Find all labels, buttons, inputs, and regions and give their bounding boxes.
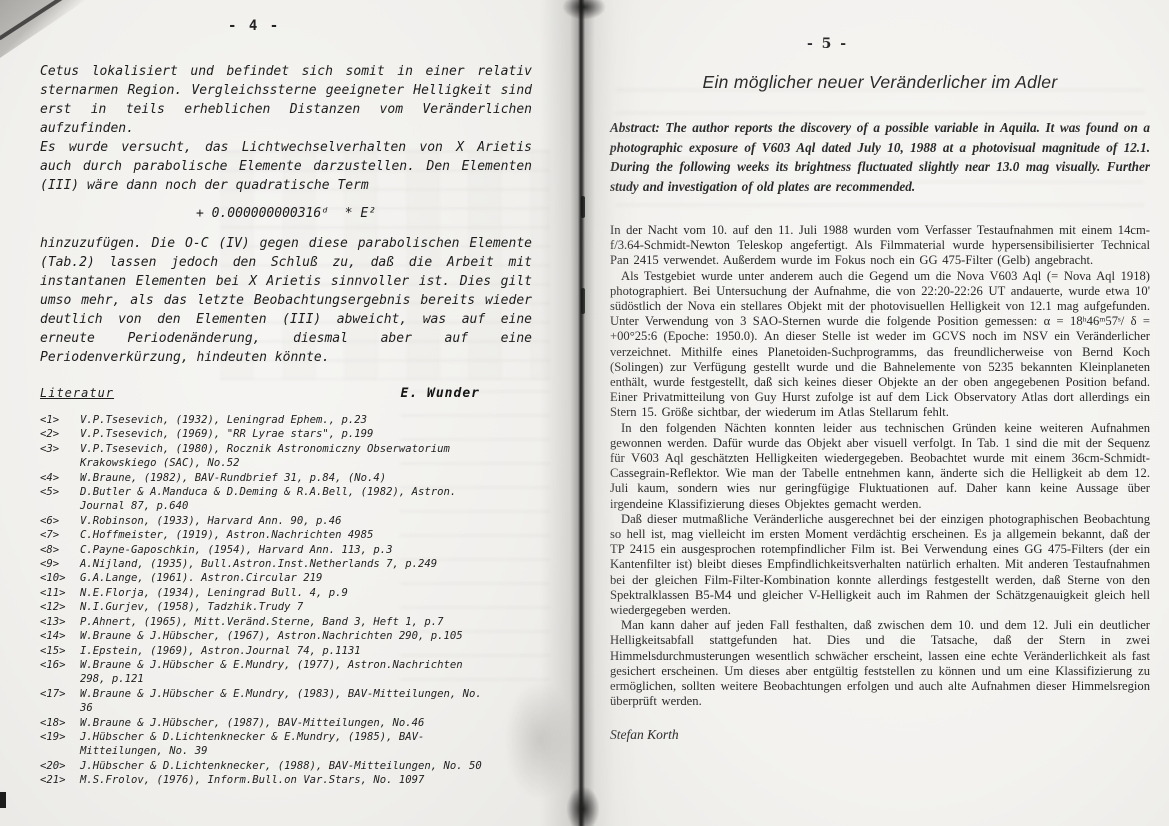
reference-id: <12> bbox=[40, 600, 66, 614]
reference-id: <7> bbox=[40, 528, 59, 542]
reference-text: C.Hoffmeister, (1919), Astron.Nachrichte… bbox=[80, 529, 373, 541]
reference-id: <13> bbox=[40, 615, 66, 629]
reference-item: <4>W.Braune, (1982), BAV-Rundbrief 31, p… bbox=[40, 471, 492, 485]
reference-text: W.Braune & J.Hübscher & E.Mundry, (1983)… bbox=[80, 688, 482, 714]
fold-dark-mark bbox=[581, 196, 585, 218]
body-paragraph: Daß dieser mutmaßliche Veränderliche aus… bbox=[610, 512, 1150, 618]
reference-id: <8> bbox=[40, 543, 59, 557]
reference-id: <16> bbox=[40, 658, 66, 672]
reference-item: <1>V.P.Tsesevich, (1932), Leningrad Ephe… bbox=[40, 413, 492, 427]
reference-item: <8>C.Payne-Gaposchkin, (1954), Harvard A… bbox=[40, 543, 492, 557]
literatur-byline-row: Literatur E. Wunder bbox=[40, 386, 532, 401]
quadratic-term-formula: + 0.000000000316ᵈ * E² bbox=[40, 206, 532, 221]
page-number-4: - 4 - bbox=[228, 18, 280, 34]
page-number-5: - 5 - bbox=[807, 36, 848, 52]
fold-dark-mark bbox=[581, 288, 585, 314]
reference-item: <3>V.P.Tsesevich, (1980), Rocznik Astron… bbox=[40, 442, 492, 471]
reference-item: <7>C.Hoffmeister, (1919), Astron.Nachric… bbox=[40, 528, 492, 542]
page-left: - 4 - Cetus lokalisiert und befindet sic… bbox=[0, 0, 585, 826]
reference-item: <9>A.Nijland, (1935), Bull.Astron.Inst.N… bbox=[40, 557, 492, 571]
reference-id: <2> bbox=[40, 427, 59, 441]
reference-id: <18> bbox=[40, 716, 66, 730]
body-paragraph: Als Testgebiet wurde unter anderem auch … bbox=[610, 269, 1150, 421]
reference-item: <21>M.S.Frolov, (1976), Inform.Bull.on V… bbox=[40, 773, 492, 787]
body-paragraph: In der Nacht vom 10. auf den 11. Juli 19… bbox=[610, 223, 1150, 269]
reference-id: <21> bbox=[40, 773, 66, 787]
reference-item: <16>W.Braune & J.Hübscher & E.Mundry, (1… bbox=[40, 658, 492, 687]
reference-text: D.Butler & A.Manduca & D.Deming & R.A.Be… bbox=[80, 486, 456, 512]
reference-item: <12>N.I.Gurjev, (1958), Tadzhik.Trudy 7 bbox=[40, 600, 492, 614]
page-right: - 5 - Ein möglicher neuer Veränderlicher… bbox=[585, 0, 1169, 826]
reference-text: I.Epstein, (1969), Astron.Journal 74, p.… bbox=[80, 645, 361, 657]
reference-id: <10> bbox=[40, 571, 66, 585]
reference-text: J.Hübscher & D.Lichtenknecker, (1988), B… bbox=[80, 760, 482, 772]
reference-item: <13>P.Ahnert, (1965), Mitt.Veränd.Sterne… bbox=[40, 615, 492, 629]
reference-id: <6> bbox=[40, 514, 59, 528]
reference-text: W.Braune & J.Hübscher, (1967), Astron.Na… bbox=[80, 630, 463, 642]
reference-id: <4> bbox=[40, 471, 59, 485]
author-signature-left: E. Wunder bbox=[401, 386, 480, 401]
reference-text: V.P.Tsesevich, (1980), Rocznik Astronomi… bbox=[80, 443, 450, 469]
reference-text: N.E.Florja, (1934), Leningrad Bull. 4, p… bbox=[80, 587, 348, 599]
left-page-content: Cetus lokalisiert und befindet sich somi… bbox=[40, 62, 532, 788]
reference-item: <10>G.A.Lange, (1961). Astron.Circular 2… bbox=[40, 571, 492, 585]
reference-id: <3> bbox=[40, 442, 59, 456]
body-paragraph: hinzuzufügen. Die O-C (IV) gegen diese p… bbox=[40, 234, 532, 367]
reference-text: J.Hübscher & D.Lichtenknecker & E.Mundry… bbox=[80, 731, 424, 757]
reference-text: N.I.Gurjev, (1958), Tadzhik.Trudy 7 bbox=[80, 601, 303, 613]
reference-id: <11> bbox=[40, 586, 66, 600]
reference-item: <17>W.Braune & J.Hübscher & E.Mundry, (1… bbox=[40, 687, 492, 716]
reference-id: <15> bbox=[40, 644, 66, 658]
reference-item: <6>V.Robinson, (1933), Harvard Ann. 90, … bbox=[40, 514, 492, 528]
reference-item: <11>N.E.Florja, (1934), Leningrad Bull. … bbox=[40, 586, 492, 600]
right-page-content: Ein möglicher neuer Veränderlicher im Ad… bbox=[610, 58, 1150, 756]
body-paragraph: Man kann daher auf jeden Fall festhalten… bbox=[610, 618, 1150, 709]
reference-item: <5>D.Butler & A.Manduca & D.Deming & R.A… bbox=[40, 485, 492, 514]
article-body: In der Nacht vom 10. auf den 11. Juli 19… bbox=[610, 223, 1150, 710]
reference-id: <5> bbox=[40, 485, 59, 499]
scanned-journal-spread: - 4 - Cetus lokalisiert und befindet sic… bbox=[0, 0, 1169, 826]
scan-edge-mark bbox=[0, 792, 6, 808]
reference-text: W.Braune & J.Hübscher, (1987), BAV-Mitte… bbox=[80, 717, 424, 729]
reference-item: <20>J.Hübscher & D.Lichtenknecker, (1988… bbox=[40, 759, 492, 773]
reference-list: <1>V.P.Tsesevich, (1932), Leningrad Ephe… bbox=[40, 413, 492, 788]
reference-text: C.Payne-Gaposchkin, (1954), Harvard Ann.… bbox=[80, 544, 393, 556]
reference-text: P.Ahnert, (1965), Mitt.Veränd.Sterne, Ba… bbox=[80, 616, 444, 628]
reference-item: <19>J.Hübscher & D.Lichtenknecker & E.Mu… bbox=[40, 730, 492, 759]
reference-item: <2>V.P.Tsesevich, (1969), "RR Lyrae star… bbox=[40, 427, 492, 441]
reference-item: <18>W.Braune & J.Hübscher, (1987), BAV-M… bbox=[40, 716, 492, 730]
reference-id: <20> bbox=[40, 759, 66, 773]
body-paragraph: Cetus lokalisiert und befindet sich somi… bbox=[40, 62, 532, 138]
reference-text: V.Robinson, (1933), Harvard Ann. 90, p.4… bbox=[80, 515, 342, 527]
body-paragraph: Es wurde versucht, das Lichtwechselverha… bbox=[40, 138, 532, 195]
reference-text: G.A.Lange, (1961). Astron.Circular 219 bbox=[80, 572, 322, 584]
reference-item: <15>I.Epstein, (1969), Astron.Journal 74… bbox=[40, 644, 492, 658]
literatur-heading: Literatur bbox=[40, 386, 114, 400]
reference-id: <14> bbox=[40, 629, 66, 643]
reference-item: <14>W.Braune & J.Hübscher, (1967), Astro… bbox=[40, 629, 492, 643]
author-signature-right: Stefan Korth bbox=[610, 727, 1150, 743]
reference-text: W.Braune & J.Hübscher & E.Mundry, (1977)… bbox=[80, 659, 463, 685]
reference-id: <9> bbox=[40, 557, 59, 571]
reference-text: M.S.Frolov, (1976), Inform.Bull.on Var.S… bbox=[80, 774, 424, 786]
reference-id: <19> bbox=[40, 730, 66, 744]
reference-id: <1> bbox=[40, 413, 59, 427]
reference-text: A.Nijland, (1935), Bull.Astron.Inst.Neth… bbox=[80, 558, 437, 570]
reference-id: <17> bbox=[40, 687, 66, 701]
reference-text: V.P.Tsesevich, (1932), Leningrad Ephem.,… bbox=[80, 414, 367, 426]
abstract-paragraph: Abstract: The author reports the discove… bbox=[610, 118, 1150, 196]
article-title: Ein möglicher neuer Veränderlicher im Ad… bbox=[610, 72, 1150, 93]
body-paragraph: In den folgenden Nächten konnten leider … bbox=[610, 421, 1150, 512]
reference-text: V.P.Tsesevich, (1969), "RR Lyrae stars",… bbox=[80, 428, 373, 440]
reference-text: W.Braune, (1982), BAV-Rundbrief 31, p.84… bbox=[80, 472, 386, 484]
